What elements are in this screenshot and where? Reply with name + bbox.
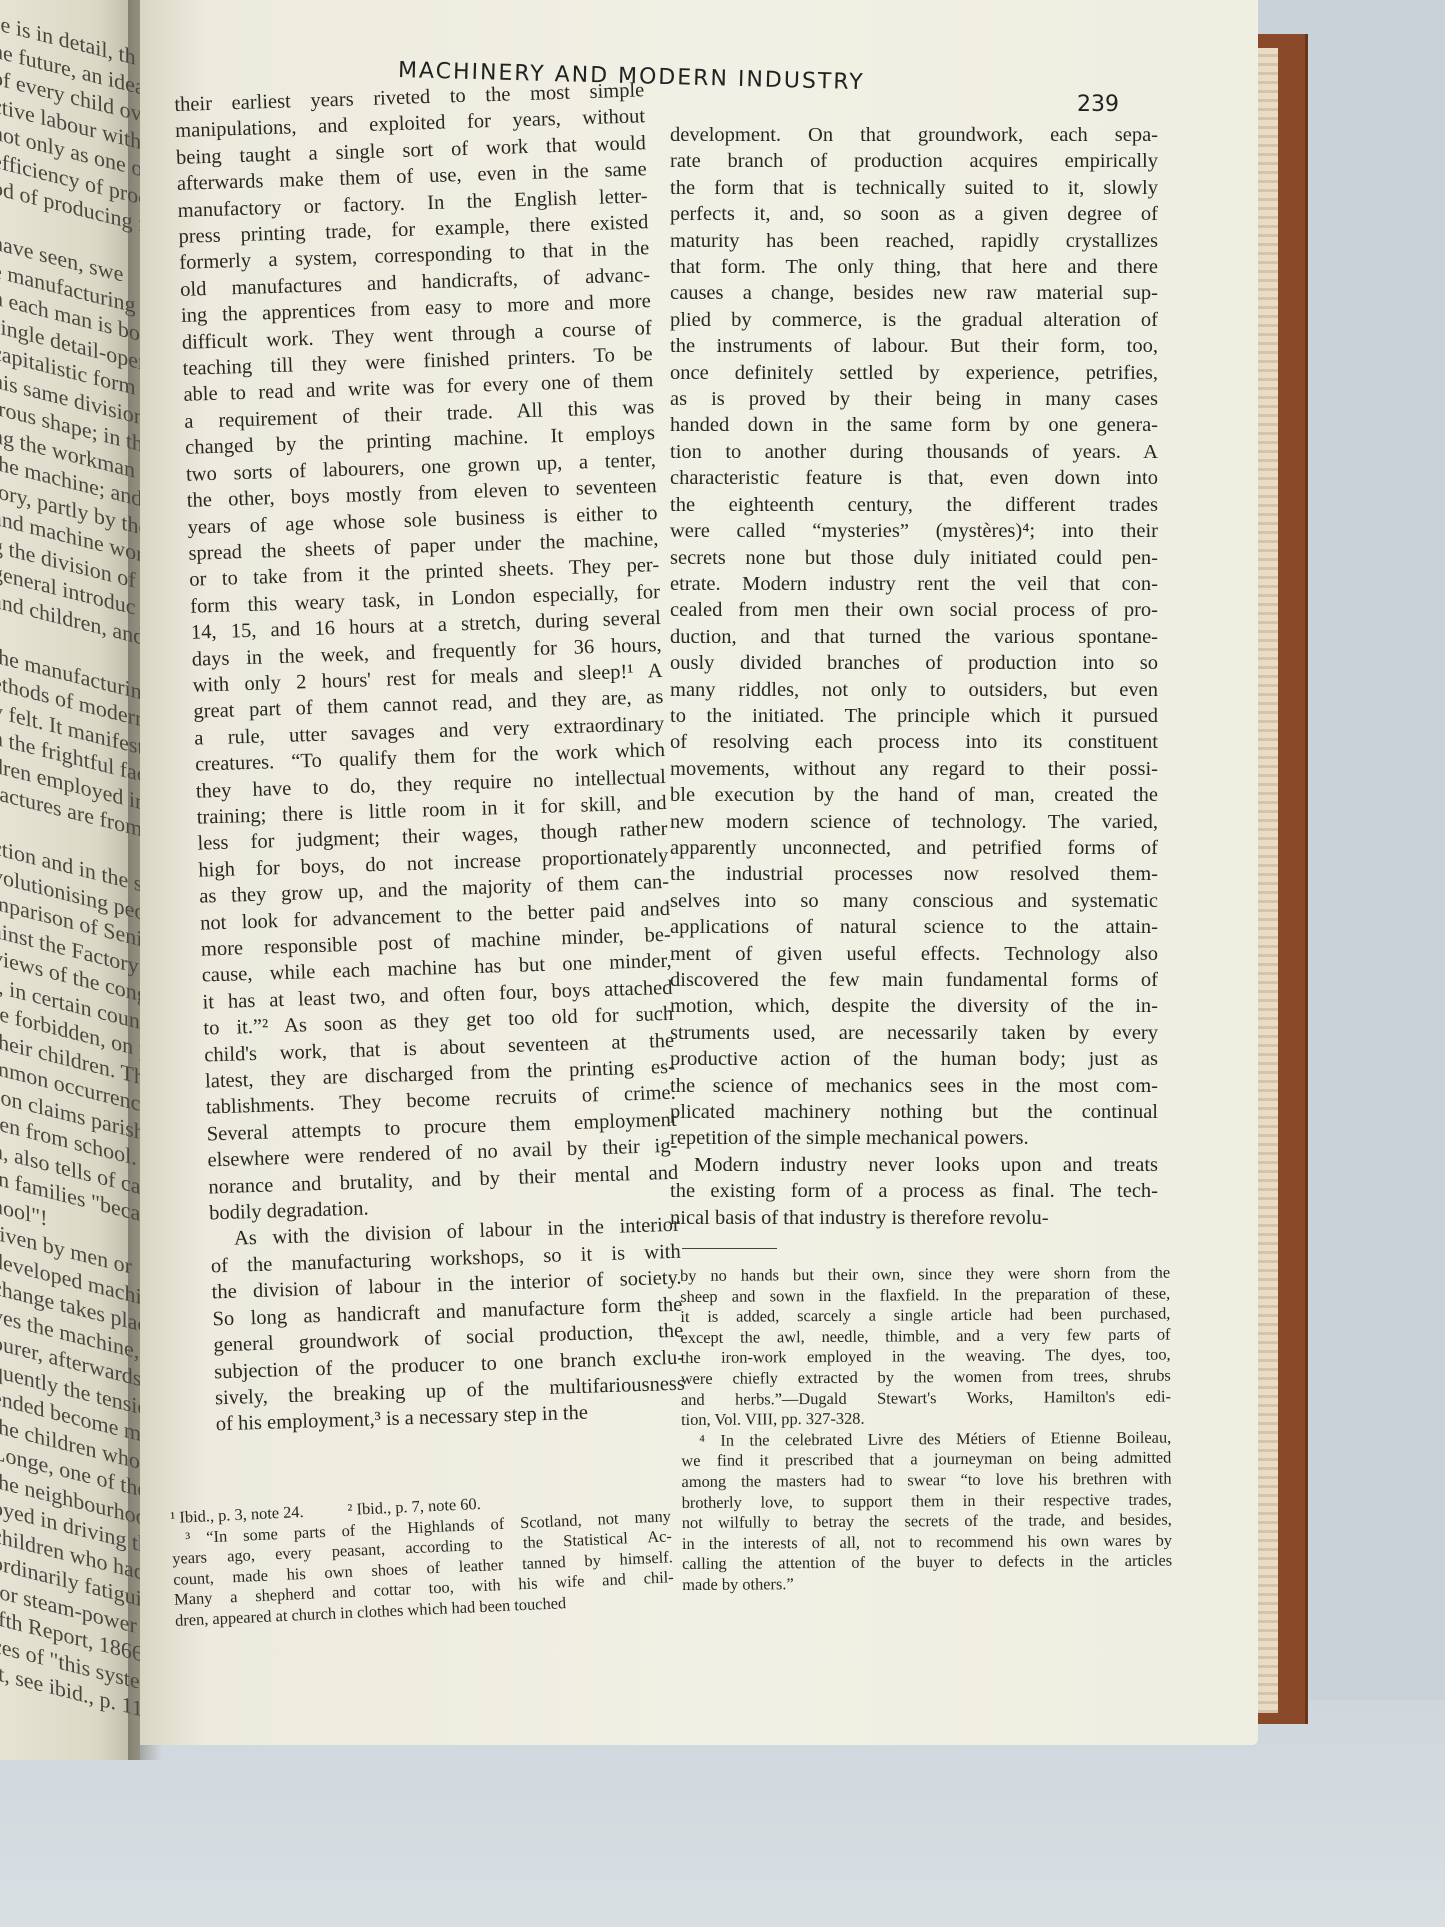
text-line: to the initiated. The principle which it… xyxy=(670,703,1158,729)
text-line: the form that is technically suited to i… xyxy=(670,175,1158,201)
text-line: new modern science of technology. The va… xyxy=(670,809,1158,835)
text-line: cealed from men their own social process… xyxy=(670,597,1158,623)
text-line: by no hands but their own, since they we… xyxy=(680,1263,1170,1287)
page-number: 239 xyxy=(1077,92,1119,117)
text-line: plied by commerce, is the gradual altera… xyxy=(670,307,1158,333)
text-line: rate branch of production acquires empir… xyxy=(670,148,1158,174)
footnote-4: ⁴ In the celebrated Livre des Métiers of… xyxy=(681,1427,1172,1595)
text-line: productive action of the human body; jus… xyxy=(670,1046,1158,1072)
text-line: the instruments of labour. But their for… xyxy=(670,333,1158,359)
text-line: motion, which, despite the diversity of … xyxy=(670,993,1158,1019)
left-column: their earliest years riveted to the most… xyxy=(174,77,686,1438)
text-line: maturity has been reached, rapidly cryst… xyxy=(670,228,1158,254)
text-line: handed down in the same form by one gene… xyxy=(670,412,1158,438)
footnote-3-continued: by no hands but their own, since they we… xyxy=(680,1263,1171,1431)
text-line: movements, without any regard to their p… xyxy=(670,756,1158,782)
text-line: secrets none but those duly initiated co… xyxy=(670,545,1158,571)
text-line: the eighteenth century, the different tr… xyxy=(670,492,1158,518)
text-line: perfects it, and, so soon as a given deg… xyxy=(670,201,1158,227)
text-line: Modern industry never looks upon and tre… xyxy=(670,1152,1158,1178)
left-page: se is in detail, thhe future, an ideaof … xyxy=(0,0,140,1760)
text-line: causes a change, besides new raw materia… xyxy=(670,280,1158,306)
paragraph: Modern industry never looks upon and tre… xyxy=(670,1152,1158,1231)
paragraph: their earliest years riveted to the most… xyxy=(174,77,679,1227)
footnote-rule xyxy=(682,1248,777,1249)
text-line: duction, and that turned the various spo… xyxy=(670,624,1158,650)
right-page: MACHINERY AND MODERN INDUSTRY 239 their … xyxy=(140,0,1258,1745)
text-line: of resolving each process into its const… xyxy=(670,729,1158,755)
text-line: discovered the few main fundamental form… xyxy=(670,967,1158,993)
text-line: were chiefly extracted by the women from… xyxy=(681,1366,1171,1390)
text-line: ble execution by the hand of man, create… xyxy=(670,782,1158,808)
text-line: etrate. Modern industry rent the veil th… xyxy=(670,571,1158,597)
text-line: the industrial processes now resolved th… xyxy=(670,861,1158,887)
text-line: ment of given useful effects. Technology… xyxy=(670,941,1158,967)
text-line: made by others.” xyxy=(682,1571,1172,1595)
text-line: once definitely settled by experience, p… xyxy=(670,360,1158,386)
text-line: plicated machinery nothing but the conti… xyxy=(670,1099,1158,1125)
text-line: the existing form of a process as final.… xyxy=(670,1178,1158,1204)
footnotes-left: ¹ Ibid., p. 3, note 24. ² Ibid., p. 7, n… xyxy=(170,1485,675,1631)
footnotes-right: by no hands but their own, since they we… xyxy=(680,1263,1172,1596)
paragraph: development. On that groundwork, each se… xyxy=(670,122,1158,1152)
text-line: selves into so many conscious and system… xyxy=(670,888,1158,914)
text-line: the science of mechanics sees in the mos… xyxy=(670,1073,1158,1099)
text-line: tion to another during thousands of year… xyxy=(670,439,1158,465)
text-line: struments used, are necessarily taken by… xyxy=(670,1020,1158,1046)
text-line: apparently unconnected, and petrified fo… xyxy=(670,835,1158,861)
text-line: nical basis of that industry is therefor… xyxy=(670,1205,1158,1231)
text-line: characteristic feature is that, even dow… xyxy=(670,465,1158,491)
text-line: development. On that groundwork, each se… xyxy=(670,122,1158,148)
text-line: calling the attention of the buyer to de… xyxy=(682,1551,1172,1575)
text-line: as is proved by their being in many case… xyxy=(670,386,1158,412)
text-line: and herbs.”—Dugald Stewart's Works, Hami… xyxy=(681,1386,1171,1410)
right-column: development. On that groundwork, each se… xyxy=(670,122,1158,1231)
text-line: ously divided branches of production int… xyxy=(670,650,1158,676)
text-line: that form. The only thing, that here and… xyxy=(670,254,1158,280)
text-line: many riddles, not only to outsiders, but… xyxy=(670,677,1158,703)
footnote-3: ³ “In some parts of the Highlands of Sco… xyxy=(171,1506,675,1632)
text-line: among the masters had to swear “to love … xyxy=(681,1469,1171,1493)
text-line: applications of natural science to the a… xyxy=(670,914,1158,940)
paragraph: As with the division of labour in the in… xyxy=(210,1212,686,1438)
text-line: repetition of the simple mechanical powe… xyxy=(670,1125,1158,1151)
text-line: were called “mysteries” (mystères)⁴; int… xyxy=(670,518,1158,544)
